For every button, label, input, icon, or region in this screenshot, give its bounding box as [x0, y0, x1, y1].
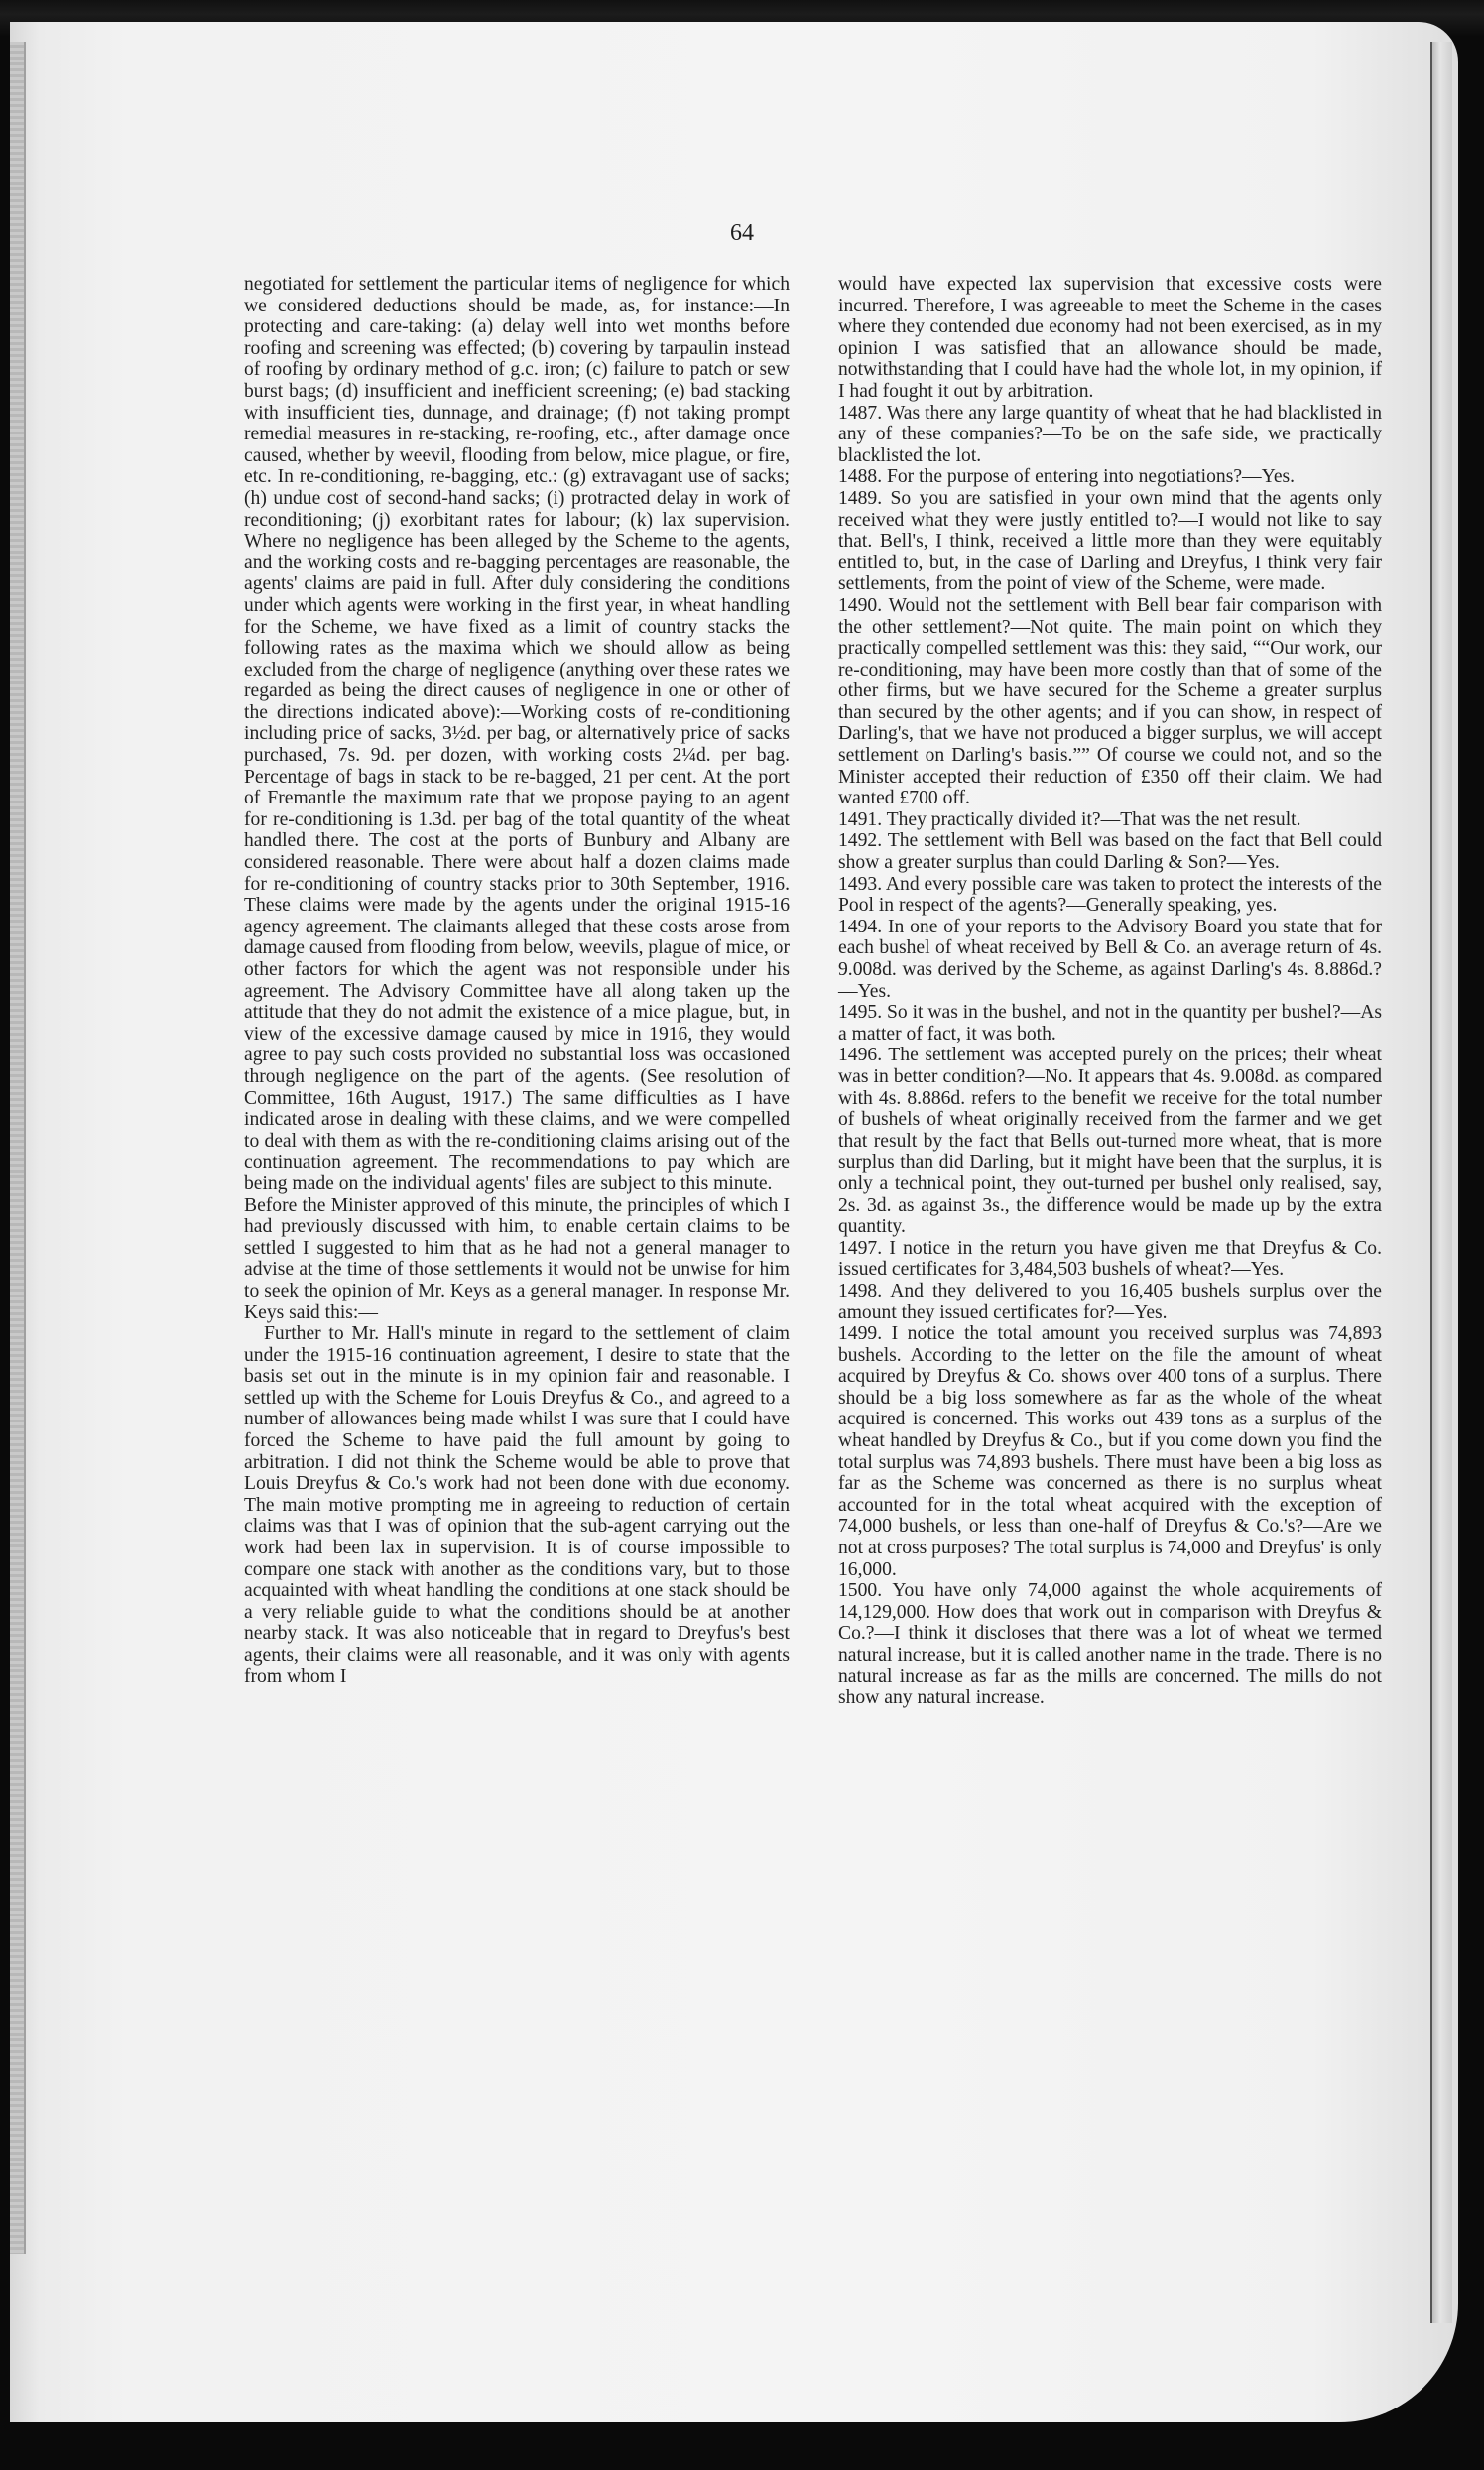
question-1491: 1491. They practically divided it?—That …	[838, 809, 1382, 831]
question-1494: 1494. In one of your reports to the Advi…	[838, 917, 1382, 1002]
question-1487: 1487. Was there any large quantity of wh…	[838, 403, 1382, 467]
question-1496: 1496. The settlement was accepted purely…	[838, 1045, 1382, 1237]
question-1492: 1492. The settlement with Bell was based…	[838, 830, 1382, 873]
question-1497: 1497. I notice in the return you have gi…	[838, 1238, 1382, 1281]
paragraph: negotiated for settlement the particular…	[244, 274, 790, 1195]
question-1489: 1489. So you are satisfied in your own m…	[838, 488, 1382, 595]
question-1490: 1490. Would not the settlement with Bell…	[838, 595, 1382, 809]
paragraph: would have expected lax supervision that…	[838, 274, 1382, 403]
question-1498: 1498. And they delivered to you 16,405 b…	[838, 1281, 1382, 1323]
page-stack-left-edge	[10, 42, 26, 2254]
question-1493: 1493. And every possible care was taken …	[838, 874, 1382, 917]
right-text-column: would have expected lax supervision that…	[838, 274, 1382, 1709]
question-1500: 1500. You have only 74,000 against the w…	[838, 1580, 1382, 1709]
question-1488: 1488. For the purpose of entering into n…	[838, 466, 1382, 488]
paragraph: Before the Minister approved of this min…	[244, 1195, 790, 1324]
page-number: 64	[0, 220, 1484, 247]
question-1499: 1499. I notice the total amount you rece…	[838, 1323, 1382, 1580]
left-text-column: negotiated for settlement the particular…	[244, 274, 790, 1687]
quoted-paragraph: Further to Mr. Hall's minute in regard t…	[244, 1323, 790, 1687]
page-stack-right-edge	[1430, 42, 1452, 2323]
question-1495: 1495. So it was in the bushel, and not i…	[838, 1002, 1382, 1045]
